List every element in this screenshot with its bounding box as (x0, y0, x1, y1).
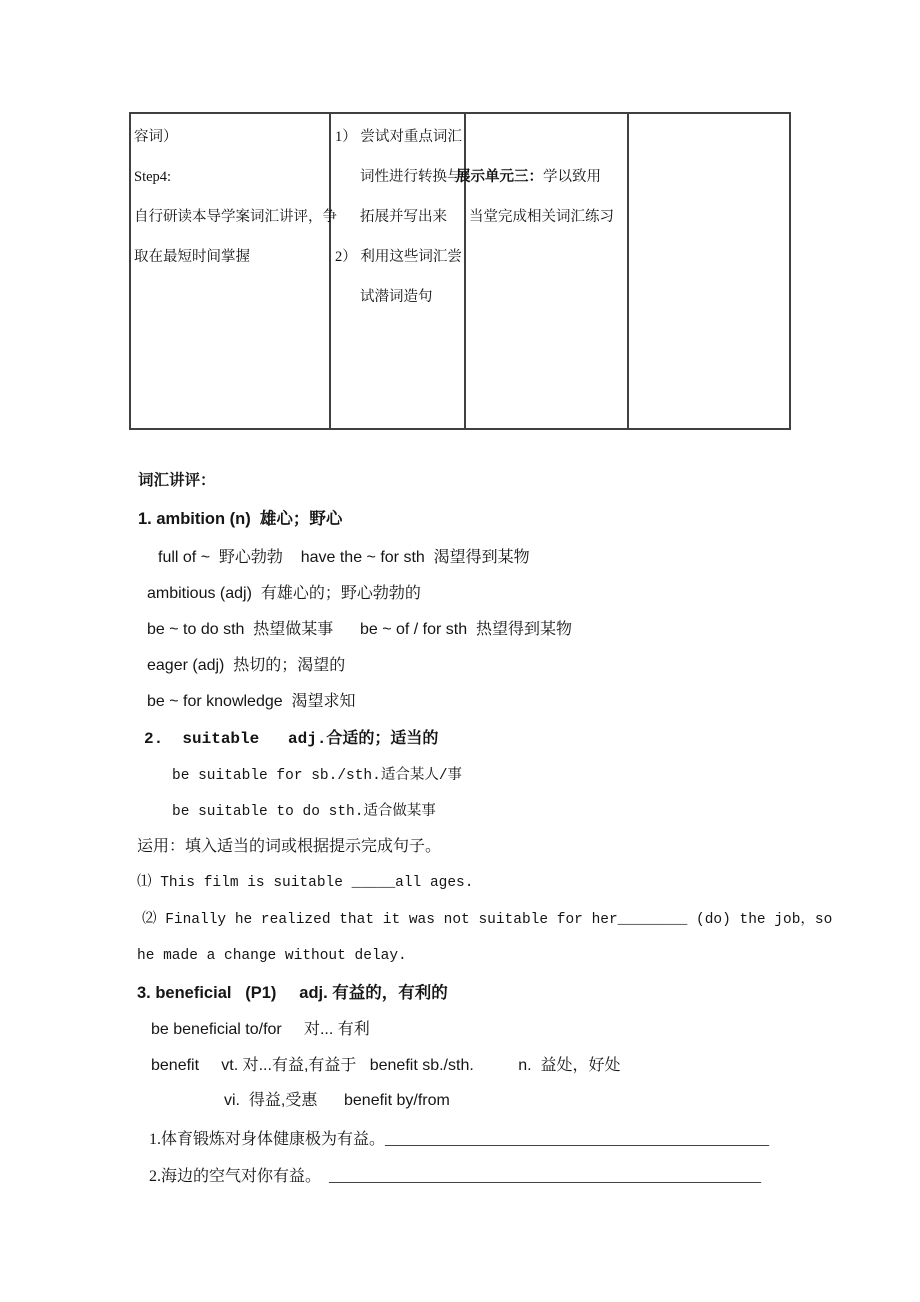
ambition-line: full of ~ 野心勃勃 have the ~ for sth 渴望得到某物 (158, 548, 530, 568)
unit3-title: 展示单元三： (456, 169, 543, 185)
table-line: 1） 尝试对重点词汇 (335, 117, 464, 157)
suitable-line: be suitable for sb./sth.适合某人/事 (172, 766, 462, 786)
table-cell-tasks: 1） 尝试对重点词汇 词性进行转换与 拓展并写出来 2） 利用这些词汇尝 试潜词… (331, 114, 466, 428)
suitable-line: be suitable to do sth.适合做某事 (172, 802, 436, 822)
beneficial-line: vi. 得益,受惠 benefit by/from (224, 1091, 450, 1111)
vocab-review-heading: 词汇讲评： (138, 471, 216, 491)
beneficial-heading: 3. beneficial (P1) adj. 有益的，有利的 (137, 983, 448, 1003)
exercise-sentence-2: ⑵ Finally he realized that it was not su… (142, 910, 832, 930)
table-line: 词性进行转换与 (335, 157, 464, 197)
document-page: 容词） Step4: 自行研读本导学案词汇讲评，争 取在最短时间掌握 1） 尝试… (0, 0, 920, 1302)
table-line: Step4: (134, 157, 329, 197)
beneficial-line: be beneficial to/for 对... 有利 (151, 1020, 370, 1040)
table-line: 试潜词造句 (335, 277, 464, 317)
translation-exercise-1: 1.体育锻炼对身体健康极为有益。________________________… (149, 1130, 769, 1150)
table-line: 容词） (134, 117, 329, 157)
ambition-line: be ~ for knowledge 渴望求知 (147, 692, 356, 712)
table-line: 当堂完成相关词汇练习 (466, 197, 627, 237)
table-cell-self-study: 容词） Step4: 自行研读本导学案词汇讲评，争 取在最短时间掌握 (131, 114, 331, 428)
table-line: 拓展并写出来 (335, 197, 464, 237)
usage-instruction: 运用：填入适当的词或根据提示完成句子。 (137, 837, 441, 857)
suitable-heading: 2. suitable adj.合适的；适当的 (144, 729, 438, 749)
table-cell-empty (629, 114, 793, 428)
ambition-line: eager (adj) 热切的；渴望的 (147, 656, 345, 676)
ambition-heading: 1. ambition (n) 雄心；野心 (138, 509, 342, 529)
unit3-subtitle: 学以致用 (543, 169, 601, 185)
table-line: 自行研读本导学案词汇讲评，争 (134, 197, 329, 237)
table-line: 2） 利用这些词汇尝 (335, 237, 464, 277)
exercise-sentence-2-cont: he made a change without delay. (137, 946, 407, 966)
beneficial-line: benefit vt. 对...有益,有益于 benefit sb./sth. … (151, 1056, 620, 1076)
translation-exercise-2: 2.海边的空气对你有益。 ___________________________… (149, 1167, 761, 1187)
ambition-line: be ~ to do sth 热望做某事 be ~ of / for sth 热… (147, 620, 572, 640)
ambition-line: ambitious (adj) 有雄心的；野心勃勃的 (147, 584, 421, 604)
lesson-plan-table: 容词） Step4: 自行研读本导学案词汇讲评，争 取在最短时间掌握 1） 尝试… (129, 112, 791, 430)
exercise-sentence-1: ⑴ This film is suitable _____all ages. (137, 873, 473, 893)
table-cell-presentation: 展示单元三：学以致用 当堂完成相关词汇练习 (466, 114, 629, 428)
table-line: 取在最短时间掌握 (134, 237, 329, 277)
table-line: 展示单元三：学以致用 (456, 157, 627, 197)
